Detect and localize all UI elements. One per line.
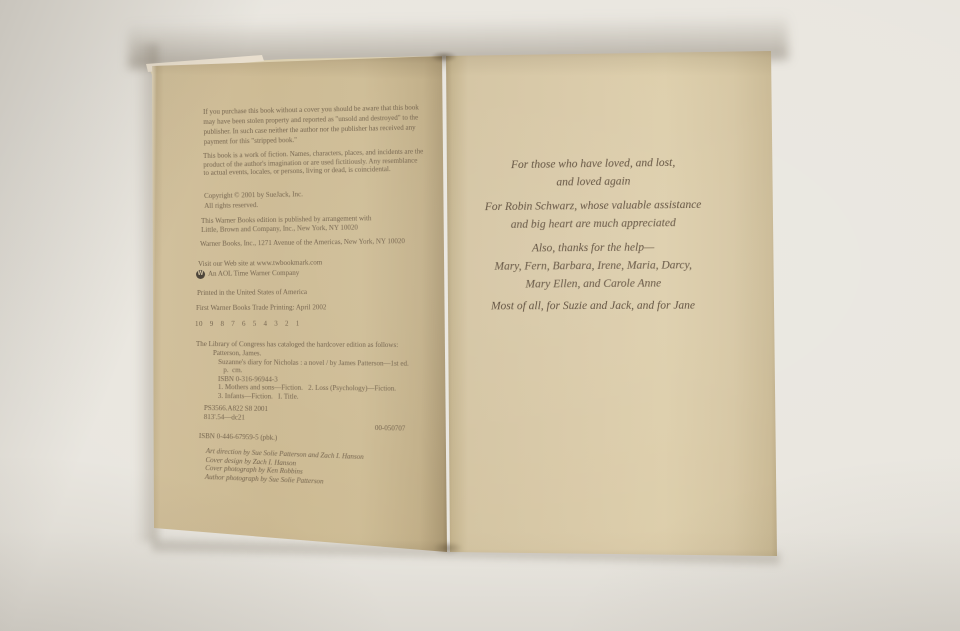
lc-control-number: 00-050707 <box>375 424 406 433</box>
isbn-paperback: ISBN 0-446-67959-5 (pbk.) <box>199 432 278 443</box>
gutter-notch-top <box>425 48 463 64</box>
lc-call-numbers: PS3566.A822 S8 2001 813'.54—dc21 <box>204 404 268 422</box>
dedication-line-3: Also, thanks for the help— Mary, Fern, B… <box>443 238 743 294</box>
copyright-line: Copyright © 2001 by SueJack, Inc. All ri… <box>204 189 303 211</box>
right-page-dedication: For those who have loved, and lost, and … <box>440 46 785 561</box>
photo-scene: If you purchase this book without a cove… <box>0 0 960 631</box>
left-page-copyright: If you purchase this book without a cove… <box>150 54 450 554</box>
fiction-disclaimer: This book is a work of fiction. Names, c… <box>203 147 424 177</box>
gutter-notch-bottom <box>427 539 469 557</box>
dedication-line-1: For those who have loved, and lost, and … <box>443 153 743 193</box>
edition-notice: This Warner Books edition is published b… <box>201 214 372 234</box>
website-line: Visit our Web site at www.twbookmark.com <box>198 258 322 268</box>
publisher-address: Warner Books, Inc., 1271 Avenue of the A… <box>200 237 405 249</box>
dedication-line-2: For Robin Schwarz, whose valuable assist… <box>443 195 743 234</box>
trade-printing-line: First Warner Books Trade Printing: April… <box>196 303 326 312</box>
credits-block: Art direction by Sue Solie Patterson and… <box>205 447 364 487</box>
dedication-line-4: Most of all, for Suzie and Jack, and for… <box>443 296 743 315</box>
company-line-text: An AOL Time Warner Company <box>208 269 299 279</box>
lc-catalog-block: Patterson, James. Suzanne's diary for Ni… <box>213 349 409 402</box>
printed-in-usa-line: Printed in the United States of America <box>197 288 307 298</box>
aol-time-warner-line: W An AOL Time Warner Company <box>196 269 299 279</box>
print-run-numbers: 10 9 8 7 6 5 4 3 2 1 <box>195 320 300 329</box>
stripped-book-notice: If you purchase this book without a cove… <box>203 102 420 147</box>
warner-books-logo-icon: W <box>196 270 205 279</box>
